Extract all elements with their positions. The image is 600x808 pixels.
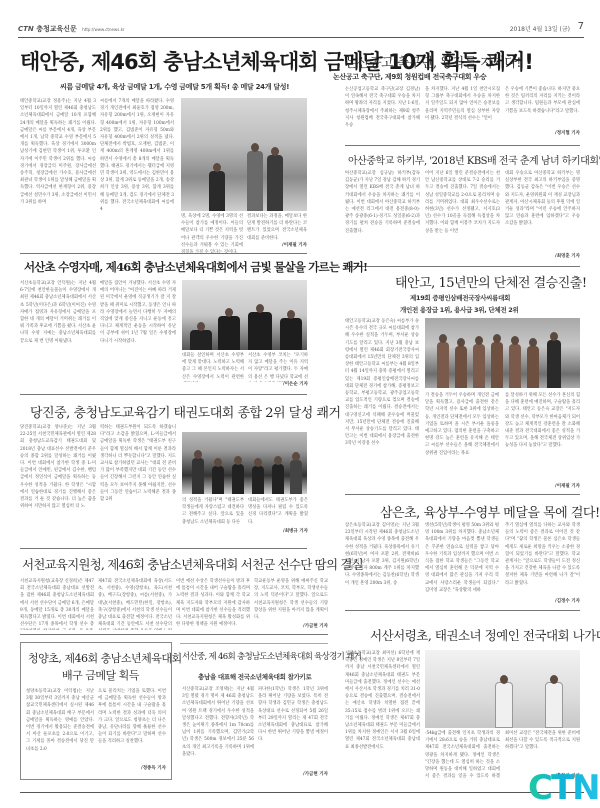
byline: /이재필 기자 — [505, 483, 580, 489]
headline-nonsan[interactable]: 논산공고 축구단, 왕좌를 지키다! — [345, 52, 521, 71]
byline: /정지협 기자 — [505, 130, 580, 136]
newspaper-url[interactable]: http://www.ctnews.kr — [82, 27, 124, 32]
divider — [20, 548, 307, 549]
article-photo-taekwondo-girl — [425, 650, 580, 728]
article-body: 를 달성하기 위해 모든 선수가 혼신의 힘을 다해 훈련에 매진하며, 구슬땀… — [505, 392, 580, 482]
article-body: 태안중학교(교장 정용주)는 지난 4월 3일부터 10일까지 열린 제46회 … — [20, 98, 96, 248]
article-body: 학교운동부 운영을 위해 애써주신 학교장, 지도교사, 코치, 학부모, 학생… — [254, 578, 328, 622]
headline-cheongyang-line2[interactable]: 배구 금메달 획득 — [62, 667, 139, 683]
article-body: 최미선 교장은 "전국체전을 위한 준비에 최선을 다할 수 있도록 적극적으로… — [505, 730, 580, 770]
byline: /가금현 기자 — [254, 623, 328, 629]
article-body: 서산초등학교(교장 안덕원)는 지난 4월 6-7일에 천안한들물놀이 수영장에… — [20, 280, 96, 380]
newspaper-name: 충청교육신문 — [36, 25, 77, 33]
article-body: -54kg급에 출전해 인지초 학생과의 경기에서 28:6으로 승을 거둬 충… — [425, 730, 500, 780]
article-body: 서산중학교(교장 조영택)는 지난 4월 3일 열렸 경기 명이 제 46회 충… — [182, 686, 254, 780]
article-body: 의 성적을 거뒀다"며 "태권도부 학생들에게 자랑스럽고 대견하다고 전해주고… — [182, 497, 244, 535]
subhead-taean-high-2: 개인전 용장급 1위, 용사급 3위, 단체전 2위 — [400, 305, 518, 314]
byline: /김정수 기자 — [505, 598, 580, 604]
subhead-seosan-middle: 충남을 대표해 전국소년체육대회 참가키로 — [198, 672, 312, 681]
article-body: 당진중학교(교장 양나준)는 지난 3월 22-25일 서천국민체육관에서 열린… — [20, 424, 96, 536]
article-body: 대회들에서도 태권도부가 좋은 명성을 다져나 필립 수 있도록 신경 다리겠다… — [248, 497, 308, 527]
headline-seosan-swim[interactable]: 서산초 수영자매, 제46회 충남소년체육대회에서 금빛 물살을 가르는 쾌거! — [24, 259, 367, 275]
byline: /이재필 기자 — [247, 242, 307, 248]
page-number: 7 — [578, 21, 584, 32]
article-body: 서산초 수영부 코치는 "포기하지 않고 메달을 주는 이유 지역이 자랑"라고… — [248, 352, 308, 382]
newspaper-logo[interactable]: CTN 충청교육신문 http://www.ctnews.kr — [18, 24, 125, 34]
article-body: 은 우승에 기쁜이 좋습니다. 하지만 중요한 것은 팀끼리의 자리를 지키는 … — [505, 86, 580, 130]
article-body: 이어 지난 6일 열린 준결승전에서는 천안 남산중학교를 상대로 7-2 승리… — [425, 170, 500, 258]
article-body: 명, 육상에 2명, 수영에 3명의 선수들이 참가를 예정이다. 이들의 메달… — [181, 213, 243, 253]
article-body: 력하는 태권도부원이 되도록 하겠습니다"라고 소감을 밝혔으며, L-미들급에… — [100, 424, 176, 536]
byline: /가금현 기자 — [258, 771, 328, 777]
divider — [20, 634, 328, 635]
headline-asan-hockey[interactable]: 아산중학교 하키부, '2018년 KBS배 전국 춘계 남녀 하키대회' 우승 — [348, 152, 600, 167]
article-body: 을 차지했다. 지난 4월 1일 천안시모집형 그룹부 축구대회에서 우승을 차… — [425, 86, 500, 136]
issue-date: 2018년 4월 13일 (금) — [510, 24, 570, 33]
article-body: 파다한(1학년) 학생은 1학년 3위에 올라 뛰어난 기량을 보였다. 특히 … — [258, 686, 328, 768]
subhead-nonsan: 논산공고 축구단, 제9회 청원컵배 전국축구대회 우승 — [333, 72, 486, 82]
headline-cheongyang-line1[interactable]: 청양초, 제46회 충남소년체육대회 — [28, 650, 182, 666]
article-photo-swimmers — [182, 280, 307, 350]
divider — [345, 145, 580, 146]
headline-dangjin[interactable]: 당진중, 충청남도교육감기 태권도대회 종합 2위 달성 쾌거 — [30, 402, 341, 421]
article-photo-wrestlers — [425, 318, 580, 388]
ctn-logo[interactable]: CTN — [528, 768, 599, 808]
article-body: 추기 열심에 열의를 다하는 교사와 학생들의 노력이 좋은 결과로 이어진 것… — [505, 522, 580, 596]
article-body: 대회들 살인하며 서산초 수영부에 맞게 맞대다. 노력하고 노력해 좋고 그 … — [182, 352, 244, 382]
article-photo-athletes — [181, 98, 307, 211]
masthead: CTN 충청교육신문 http://www.ctnews.kr 2018년 4월… — [18, 22, 584, 38]
article-body: 가 결승을 거두어 우승하며 개인전 금메달을 획득했고, 용사급에 출전한 같… — [425, 392, 499, 488]
byline: /이은순 기자 — [248, 381, 308, 387]
divider — [20, 394, 307, 395]
divider — [180, 643, 328, 644]
byline: /최병규 기자 — [248, 528, 308, 534]
divider — [20, 253, 307, 254]
article-body: 결과보다는 과정을, 메달보다 한 단계 발전하기를 더 바란다는 코멘트가 있… — [247, 213, 307, 243]
byline: /최영훈 기자 — [505, 253, 580, 259]
bottom-divider — [20, 792, 584, 793]
headline-seosan-middle[interactable]: 서산중, 제 46회 충청남도소년체육대회 육상경기 쾌거 — [182, 650, 361, 662]
subhead-taean-middle: 씨름 금메달 4개, 육상 금메달 1개, 수영 금메달 5개 획득! 총 메달… — [60, 82, 289, 92]
article-body: 아산중학교(교장 심규남) 하키부(감독 김동균)가 지난 7일 경남 김해 하… — [345, 170, 420, 258]
article-body: 청양초등학교(교장 이덕범)는 지난 3월 30일부터 3일까지 충남 예산군 … — [26, 688, 94, 774]
article-body: 태안고등학교(교장 동은숙) 씨름부가 솔 시즌 유수의 전국 규모 씨름대회에… — [345, 318, 419, 496]
article-body: 서천교육지원청(교육장 신경희)은 제47회 전국소년체육대회 충남대표 선발전… — [20, 578, 94, 630]
byline: /정종득 기자 — [98, 765, 166, 771]
article-body: 논산공업고등학교 축구단(교장 김경남)이 연속해서 전국 축구대회 우승을 차… — [345, 86, 420, 136]
article-body: 병선(5학년)학생이 평영 50m 3위와 평영 100m 3위를 차지했다. … — [425, 522, 499, 602]
divider — [345, 610, 580, 611]
headline-seoryeong[interactable]: 서산서령초, 태권소녀 정예인 전국대회 나가다 — [370, 626, 600, 644]
article-body: 제47회 전국소년체육대회에 육상(서도초, 서천중), 수영(장항초), 육도… — [98, 578, 172, 630]
headline-samun[interactable]: 삼은초, 육상부-수영부 메달을 목에 걸다! — [380, 502, 600, 521]
article-body: 씨름에서 7개의 메달을 따라왔다. 수영 경기 개인전에서 최윤호가 접영 2… — [100, 98, 174, 248]
headline-seocheon[interactable]: 서천교육지원청, 제46회 충남소년체육대회 서천군 선수단 땀의 결실 — [22, 555, 363, 573]
headline-taean-high[interactable]: 태안고, 15년만의 단체전 결승진출! — [395, 272, 587, 291]
article-body: 이번 예선 수상은 학생선수들이 방과 후에 틈틈이 시간을 내어 구슬땀을 흘… — [176, 578, 250, 630]
subhead-taean-high-1: 제19회 증평인삼배전국장사씨름대회 — [410, 293, 510, 302]
divider — [345, 494, 580, 495]
article-body: 으로 물리치는 기염을 토했다. 이번에 금메달을 획득한 선수들이 방과 후에… — [98, 688, 166, 760]
divider — [345, 266, 580, 267]
article-photo-taekwondo-team — [182, 432, 307, 494]
article-body: 메달을 집안이 겨냥했다. 서산초 수영 자매의 어머니는 "여진이는 아빠 따… — [100, 280, 176, 380]
article-body: 서령초등학교(교장 최미선) 6학년에 재학중인 정예인 학생은 지난 8일부터… — [345, 650, 420, 780]
article-body: 대회 우승으로 아산중학교 하키부는 명실상부한 전국 최고의 하키부임을 증명… — [505, 170, 580, 252]
